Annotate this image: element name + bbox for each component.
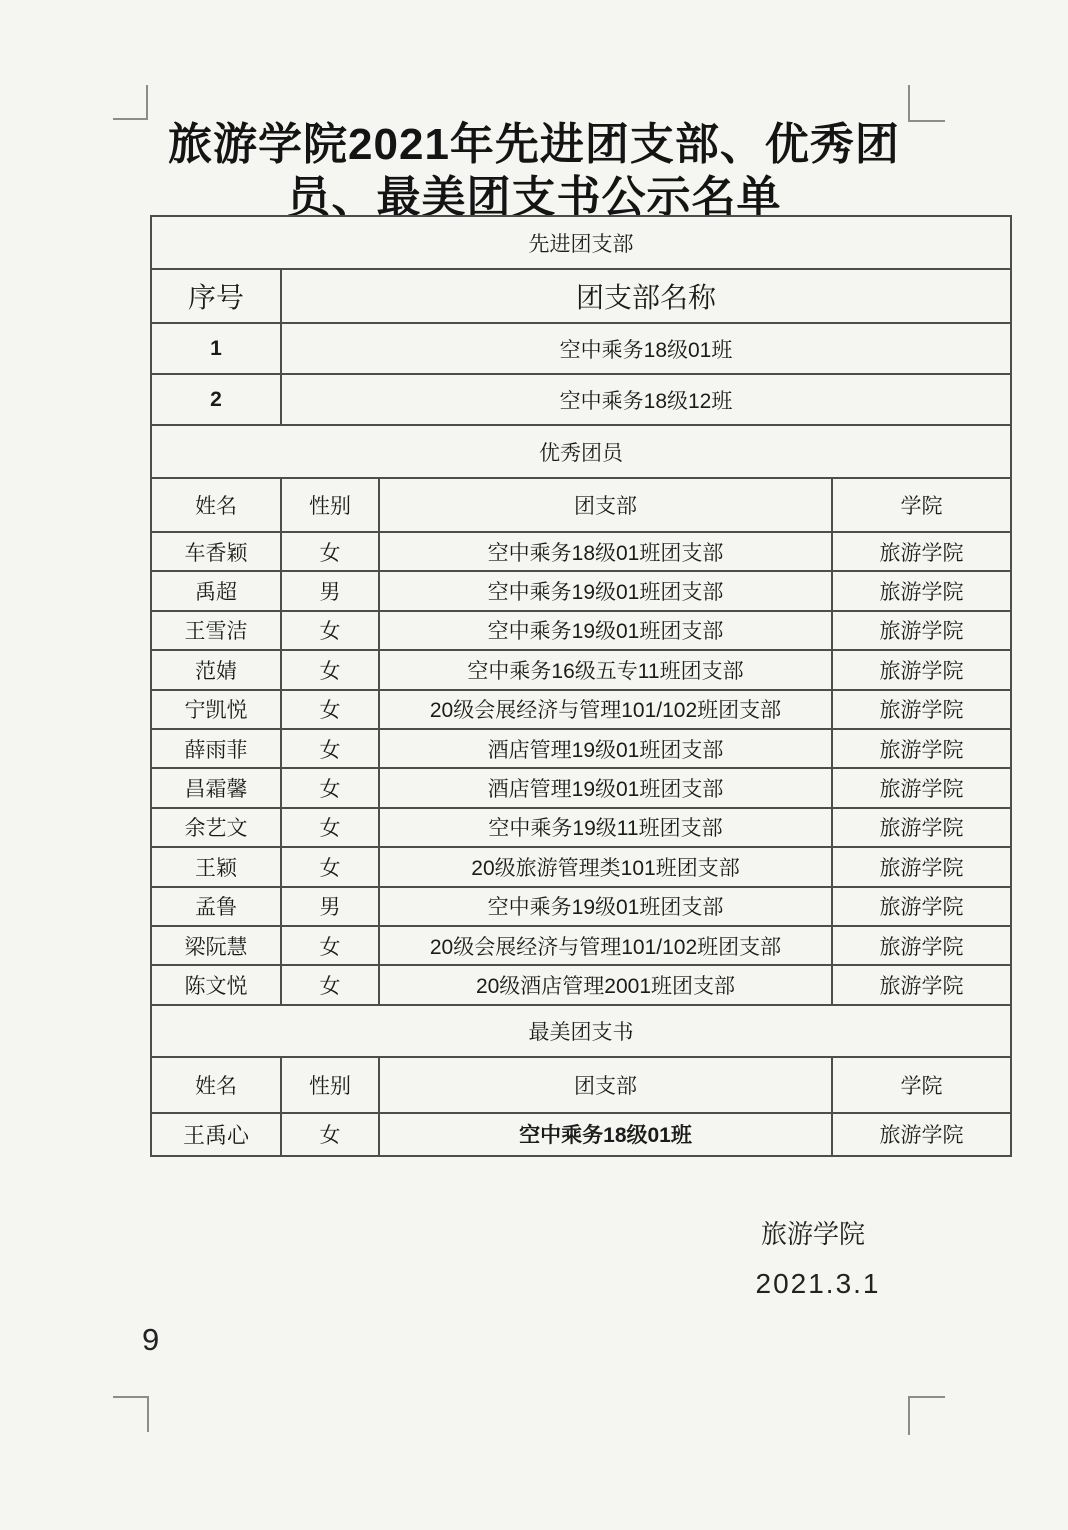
member-branch: 20级会展经济与管理101/102班团支部 — [379, 690, 832, 729]
best-header-college: 学院 — [832, 1057, 1011, 1113]
excellent-header-branch: 团支部 — [379, 478, 832, 532]
crop-mark-bottom-right-icon — [908, 1396, 945, 1435]
member-gender: 男 — [281, 887, 379, 926]
table-row: 王雪洁 女 空中乘务19级01班团支部 旅游学院 — [151, 611, 1011, 650]
member-gender: 女 — [281, 847, 379, 886]
advanced-row-index: 1 — [151, 323, 281, 374]
member-branch: 酒店管理19级01班团支部 — [379, 768, 832, 807]
best-header-row: 姓名 性别 团支部 学院 — [151, 1057, 1011, 1113]
announcement-table: 先进团支部 序号 团支部名称 1 空中乘务18级01班 2 空中乘务18级12班… — [150, 215, 1012, 1157]
member-gender: 女 — [281, 611, 379, 650]
member-branch: 空中乘务18级01班 — [379, 1113, 832, 1156]
excellent-header-row: 姓名 性别 团支部 学院 — [151, 478, 1011, 532]
member-college: 旅游学院 — [832, 611, 1011, 650]
advanced-row-index: 2 — [151, 374, 281, 425]
member-college: 旅游学院 — [832, 768, 1011, 807]
member-gender: 女 — [281, 926, 379, 965]
table-row: 2 空中乘务18级12班 — [151, 374, 1011, 425]
member-gender: 女 — [281, 768, 379, 807]
advanced-header-row: 序号 团支部名称 — [151, 269, 1011, 323]
member-college: 旅游学院 — [832, 887, 1011, 926]
table-row: 车香颖 女 空中乘务18级01班团支部 旅游学院 — [151, 532, 1011, 571]
member-gender: 女 — [281, 690, 379, 729]
member-gender: 女 — [281, 729, 379, 768]
table-row: 范婧 女 空中乘务16级五专11班团支部 旅游学院 — [151, 650, 1011, 689]
excellent-header-gender: 性别 — [281, 478, 379, 532]
member-branch: 20级会展经济与管理101/102班团支部 — [379, 926, 832, 965]
table-row: 1 空中乘务18级01班 — [151, 323, 1011, 374]
table-row: 宁凯悦 女 20级会展经济与管理101/102班团支部 旅游学院 — [151, 690, 1011, 729]
member-branch: 空中乘务16级五专11班团支部 — [379, 650, 832, 689]
document-page: 旅游学院2021年先进团支部、优秀团员、最美团支书公示名单 先进团支部 序号 团… — [0, 0, 1068, 1530]
member-name: 车香颖 — [151, 532, 281, 571]
crop-mark-top-right-icon — [908, 85, 945, 122]
advanced-row-branch: 空中乘务18级12班 — [281, 374, 1011, 425]
excellent-header-name: 姓名 — [151, 478, 281, 532]
signature-college: 旅游学院 — [708, 1214, 918, 1251]
section-row-best: 最美团支书 — [151, 1005, 1011, 1057]
member-name: 薛雨菲 — [151, 729, 281, 768]
section-title-advanced: 先进团支部 — [151, 216, 1011, 269]
section-row-advanced: 先进团支部 — [151, 216, 1011, 269]
table-row: 王颖 女 20级旅游管理类101班团支部 旅游学院 — [151, 847, 1011, 886]
member-branch: 酒店管理19级01班团支部 — [379, 729, 832, 768]
member-branch: 空中乘务19级01班团支部 — [379, 611, 832, 650]
member-college: 旅游学院 — [832, 965, 1011, 1004]
best-header-gender: 性别 — [281, 1057, 379, 1113]
section-row-excellent: 优秀团员 — [151, 425, 1011, 478]
member-college: 旅游学院 — [832, 847, 1011, 886]
member-name: 范婧 — [151, 650, 281, 689]
member-branch: 空中乘务18级01班团支部 — [379, 532, 832, 571]
excellent-header-college: 学院 — [832, 478, 1011, 532]
member-college: 旅游学院 — [832, 808, 1011, 847]
best-header-branch: 团支部 — [379, 1057, 832, 1113]
member-gender: 女 — [281, 532, 379, 571]
section-title-excellent: 优秀团员 — [151, 425, 1011, 478]
member-name: 陈文悦 — [151, 965, 281, 1004]
member-branch: 20级酒店管理2001班团支部 — [379, 965, 832, 1004]
crop-mark-top-left-icon — [113, 85, 148, 120]
member-branch: 空中乘务19级01班团支部 — [379, 571, 832, 610]
member-college: 旅游学院 — [832, 532, 1011, 571]
member-name: 王禹心 — [151, 1113, 281, 1156]
member-name: 昌霜馨 — [151, 768, 281, 807]
member-name: 宁凯悦 — [151, 690, 281, 729]
member-gender: 男 — [281, 571, 379, 610]
member-gender: 女 — [281, 1113, 379, 1156]
advanced-header-name: 团支部名称 — [281, 269, 1011, 323]
member-college: 旅游学院 — [832, 571, 1011, 610]
member-branch: 空中乘务19级01班团支部 — [379, 887, 832, 926]
member-college: 旅游学院 — [832, 690, 1011, 729]
member-name: 王雪洁 — [151, 611, 281, 650]
table-row: 昌霜馨 女 酒店管理19级01班团支部 旅游学院 — [151, 768, 1011, 807]
table-row: 王禹心 女 空中乘务18级01班 旅游学院 — [151, 1113, 1011, 1156]
signature-date: 2021.3.1 — [743, 1268, 893, 1300]
advanced-row-branch: 空中乘务18级01班 — [281, 323, 1011, 374]
member-gender: 女 — [281, 650, 379, 689]
member-branch: 空中乘务19级11班团支部 — [379, 808, 832, 847]
member-name: 王颖 — [151, 847, 281, 886]
advanced-header-index: 序号 — [151, 269, 281, 323]
page-title-line1: 旅游学院2021年先进团支部、优秀团 — [168, 120, 900, 169]
table-row: 孟鲁 男 空中乘务19级01班团支部 旅游学院 — [151, 887, 1011, 926]
member-college: 旅游学院 — [832, 926, 1011, 965]
table-row: 陈文悦 女 20级酒店管理2001班团支部 旅游学院 — [151, 965, 1011, 1004]
table-row: 梁阮慧 女 20级会展经济与管理101/102班团支部 旅游学院 — [151, 926, 1011, 965]
member-branch: 20级旅游管理类101班团支部 — [379, 847, 832, 886]
member-college: 旅游学院 — [832, 1113, 1011, 1156]
section-title-best: 最美团支书 — [151, 1005, 1011, 1057]
member-name: 禹超 — [151, 571, 281, 610]
member-name: 余艺文 — [151, 808, 281, 847]
member-college: 旅游学院 — [832, 650, 1011, 689]
member-name: 孟鲁 — [151, 887, 281, 926]
member-name: 梁阮慧 — [151, 926, 281, 965]
table-row: 余艺文 女 空中乘务19级11班团支部 旅游学院 — [151, 808, 1011, 847]
best-header-name: 姓名 — [151, 1057, 281, 1113]
page-number: 9 — [142, 1322, 159, 1358]
page-title: 旅游学院2021年先进团支部、优秀团员、最美团支书公示名单 — [0, 118, 1068, 224]
table-row: 禹超 男 空中乘务19级01班团支部 旅游学院 — [151, 571, 1011, 610]
crop-mark-bottom-left-icon — [113, 1396, 149, 1432]
member-gender: 女 — [281, 965, 379, 1004]
table-row: 薛雨菲 女 酒店管理19级01班团支部 旅游学院 — [151, 729, 1011, 768]
member-gender: 女 — [281, 808, 379, 847]
member-college: 旅游学院 — [832, 729, 1011, 768]
